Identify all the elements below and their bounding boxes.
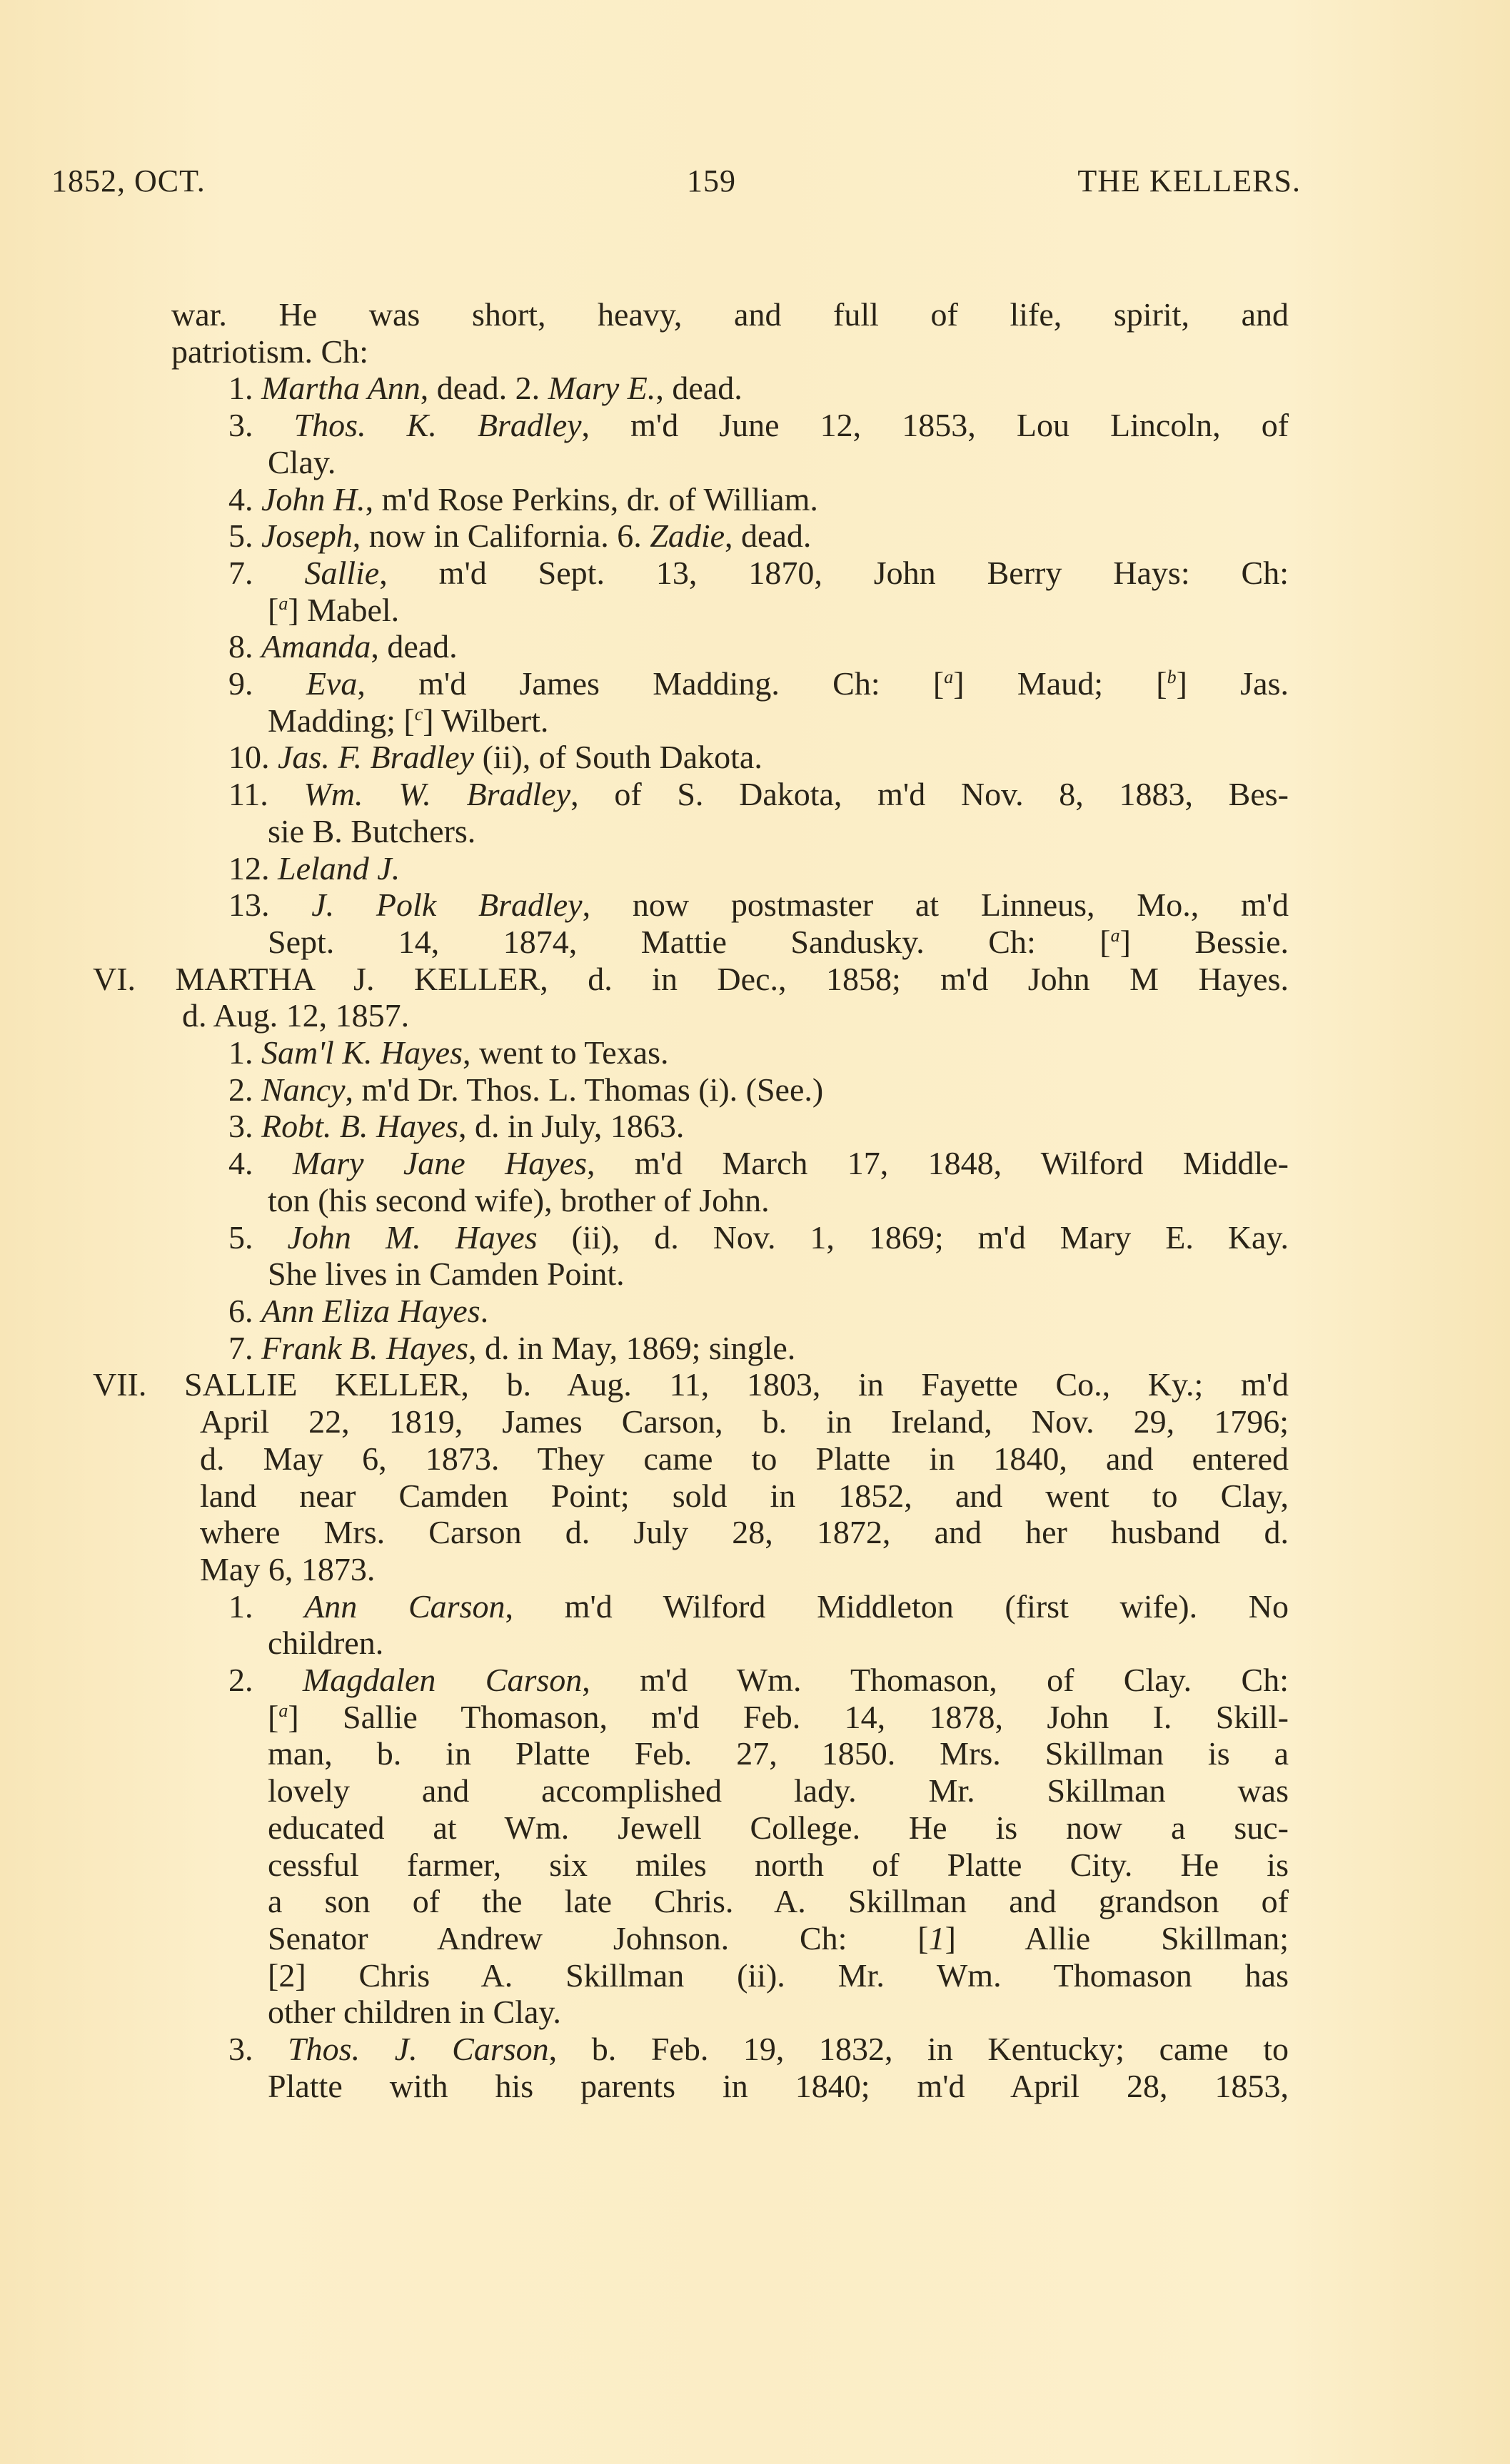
person-name: Martha Ann xyxy=(261,370,421,406)
text-run: (ii), of South Dakota. xyxy=(474,739,762,775)
text-run: , d. in May, 1869; single. xyxy=(468,1330,795,1366)
text-line: [a] Mabel. xyxy=(171,592,1289,629)
text-run: , dead. xyxy=(655,370,742,406)
text-run: educated at Wm. Jewell College. He is no… xyxy=(268,1809,1289,1846)
text-run: 13. xyxy=(228,887,311,923)
person-name: Frank B. Hayes xyxy=(261,1330,468,1366)
text-run: cessful farmer, six miles north of Platt… xyxy=(268,1847,1289,1883)
text-run: (ii), d. Nov. 1, 1869; m'd Mary E. Kay. xyxy=(538,1219,1289,1256)
text-line: 7. Sallie, m'd Sept. 13, 1870, John Berr… xyxy=(171,555,1289,592)
text-line: 2. Magdalen Carson, m'd Wm. Thomason, of… xyxy=(171,1662,1289,1699)
text-run: 10. xyxy=(228,739,278,775)
text-run: , of S. Dakota, m'd Nov. 8, 1883, Bes- xyxy=(570,776,1289,812)
person-name: Sam'l K. Hayes xyxy=(261,1034,463,1071)
text-run: 2. xyxy=(228,1071,261,1108)
text-run: children. xyxy=(268,1625,383,1661)
person-name: John M. Hayes xyxy=(287,1219,537,1256)
text-run: 1. xyxy=(228,370,261,406)
text-run: other children in Clay. xyxy=(268,1994,561,2030)
text-run: , dead. xyxy=(371,628,457,665)
text-run: land near Camden Point; sold in 1852, an… xyxy=(200,1478,1289,1514)
footnote-marker: a xyxy=(278,1700,288,1721)
text-line: 3. Thos. J. Carson, b. Feb. 19, 1832, in… xyxy=(171,2031,1289,2068)
text-run: ton (his second wife), brother of John. xyxy=(268,1182,770,1218)
text-line: 9. Eva, m'd James Madding. Ch: [a] Maud;… xyxy=(171,665,1289,702)
text-line: where Mrs. Carson d. July 28, 1872, and … xyxy=(171,1514,1289,1551)
text-line: [2] Chris A. Skillman (ii). Mr. Wm. Thom… xyxy=(171,1957,1289,1994)
person-name: 1 xyxy=(929,1920,945,1956)
text-run: , m'd March 17, 1848, Wilford Middle- xyxy=(587,1145,1289,1181)
text-line: d. May 6, 1873. They came to Platte in 1… xyxy=(171,1440,1289,1478)
text-run: 3. xyxy=(228,2031,288,2067)
text-line: 3. Robt. B. Hayes, d. in July, 1863. xyxy=(171,1108,1289,1145)
person-name: Magdalen Carson xyxy=(303,1662,582,1698)
text-run: VII. SALLIE KELLER, b. Aug. 11, 1803, in… xyxy=(93,1366,1289,1403)
text-line: 8. Amanda, dead. xyxy=(171,628,1289,665)
text-run: 9. xyxy=(228,665,306,702)
text-run: 8. xyxy=(228,628,261,665)
text-run: May 6, 1873. xyxy=(200,1551,375,1587)
text-run: 11. xyxy=(228,776,303,812)
text-line: 1. Ann Carson, m'd Wilford Middleton (fi… xyxy=(171,1588,1289,1625)
text-run: [2] Chris A. Skillman (ii). Mr. Wm. Thom… xyxy=(268,1957,1289,1994)
text-line: 4. John H., m'd Rose Perkins, dr. of Wil… xyxy=(171,481,1289,518)
text-run: , m'd Rose Perkins, dr. of William. xyxy=(366,481,818,517)
text-run: 1. xyxy=(228,1034,261,1071)
text-line: 11. Wm. W. Bradley, of S. Dakota, m'd No… xyxy=(171,776,1289,813)
text-run: 6. xyxy=(228,1293,261,1329)
text-run: patriotism. Ch: xyxy=(171,333,368,370)
text-line: patriotism. Ch: xyxy=(171,333,1289,370)
text-line: [a] Sallie Thomason, m'd Feb. 14, 1878, … xyxy=(171,1699,1289,1736)
text-run: , m'd June 12, 1853, Lou Lincoln, of xyxy=(582,407,1289,443)
person-name: Mary E. xyxy=(548,370,656,406)
text-line: educated at Wm. Jewell College. He is no… xyxy=(171,1809,1289,1847)
text-run: [ xyxy=(268,1699,278,1735)
text-run: Platte with his parents in 1840; m'd Apr… xyxy=(268,2068,1289,2104)
text-run: , dead. xyxy=(725,517,811,554)
person-name: Nancy xyxy=(261,1071,346,1108)
text-line: children. xyxy=(171,1625,1289,1662)
text-line: Madding; [c] Wilbert. xyxy=(171,702,1289,739)
text-line: 1. Sam'l K. Hayes, went to Texas. xyxy=(171,1034,1289,1071)
person-name: J. Polk Bradley xyxy=(311,887,582,923)
text-run: lovely and accomplished lady. Mr. Skillm… xyxy=(268,1772,1289,1809)
text-run: d. Aug. 12, 1857. xyxy=(182,997,409,1034)
text-line: 12. Leland J. xyxy=(171,850,1289,887)
text-line: ton (his second wife), brother of John. xyxy=(171,1182,1289,1219)
text-line: war. He was short, heavy, and full of li… xyxy=(171,296,1289,333)
text-line: Clay. xyxy=(171,444,1289,481)
person-name: Jas. F. Bradley xyxy=(278,739,474,775)
text-line: 6. Ann Eliza Hayes. xyxy=(171,1293,1289,1330)
text-run: ] Maud; [ xyxy=(953,665,1167,702)
text-run: , m'd Dr. Thos. L. Thomas (i). (See.) xyxy=(346,1071,824,1108)
page-number: 159 xyxy=(687,163,736,199)
text-line: man, b. in Platte Feb. 27, 1850. Mrs. Sk… xyxy=(171,1735,1289,1772)
text-run: ] Wilbert. xyxy=(423,702,548,739)
footnote-marker: c xyxy=(415,704,423,724)
text-line: 5. Joseph, now in California. 6. Zadie, … xyxy=(171,517,1289,555)
text-run: 4. xyxy=(228,481,261,517)
text-run: 5. xyxy=(228,1219,287,1256)
footnote-marker: a xyxy=(278,593,288,614)
text-run: war. He was short, heavy, and full of li… xyxy=(171,296,1289,333)
text-run: 2. xyxy=(228,1662,303,1698)
text-run: April 22, 1819, James Carson, b. in Irel… xyxy=(200,1403,1289,1440)
text-run: . xyxy=(480,1293,489,1329)
text-line: d. Aug. 12, 1857. xyxy=(171,997,1289,1034)
text-run: , m'd James Madding. Ch: [ xyxy=(357,665,944,702)
text-run: 5. xyxy=(228,517,261,554)
text-line: VI. MARTHA J. KELLER, d. in Dec., 1858; … xyxy=(93,961,1289,998)
text-run: ] Mabel. xyxy=(288,592,399,628)
footnote-marker: a xyxy=(944,667,953,687)
text-line: Sept. 14, 1874, Mattie Sandusky. Ch: [a]… xyxy=(171,924,1289,961)
text-run: 7. xyxy=(228,1330,261,1366)
page-body: war. He was short, heavy, and full of li… xyxy=(171,296,1289,2104)
text-line: VII. SALLIE KELLER, b. Aug. 11, 1803, in… xyxy=(93,1366,1289,1403)
text-line: 1. Martha Ann, dead. 2. Mary E., dead. xyxy=(171,370,1289,407)
text-line: a son of the late Chris. A. Skillman and… xyxy=(171,1883,1289,1920)
text-line: 3. Thos. K. Bradley, m'd June 12, 1853, … xyxy=(171,407,1289,444)
text-line: cessful farmer, six miles north of Platt… xyxy=(171,1847,1289,1884)
text-run: man, b. in Platte Feb. 27, 1850. Mrs. Sk… xyxy=(268,1735,1289,1772)
text-line: She lives in Camden Point. xyxy=(171,1256,1289,1293)
text-run: , d. in July, 1863. xyxy=(458,1108,684,1144)
person-name: Ann Eliza Hayes xyxy=(261,1293,480,1329)
text-run: , m'd Sept. 13, 1870, John Berry Hays: C… xyxy=(379,555,1289,591)
text-run: [ xyxy=(268,592,278,628)
text-run: d. May 6, 1873. They came to Platte in 1… xyxy=(200,1440,1289,1477)
text-run: , dead. 2. xyxy=(421,370,548,406)
text-run: a son of the late Chris. A. Skillman and… xyxy=(268,1883,1289,1919)
person-name: Robt. B. Hayes xyxy=(261,1108,458,1144)
footnote-marker: a xyxy=(1111,925,1120,946)
text-line: 7. Frank B. Hayes, d. in May, 1869; sing… xyxy=(171,1330,1289,1367)
text-line: other children in Clay. xyxy=(171,1994,1289,2031)
text-run: 3. xyxy=(228,407,294,443)
text-run: sie B. Butchers. xyxy=(268,813,475,849)
text-line: 2. Nancy, m'd Dr. Thos. L. Thomas (i). (… xyxy=(171,1071,1289,1109)
person-name: Wm. W. Bradley xyxy=(303,776,570,812)
text-run: 12. xyxy=(228,850,278,887)
text-run: VI. MARTHA J. KELLER, d. in Dec., 1858; … xyxy=(93,961,1289,997)
person-name: Thos. K. Bradley xyxy=(294,407,582,443)
person-name: Zadie xyxy=(650,517,725,554)
text-line: 4. Mary Jane Hayes, m'd March 17, 1848, … xyxy=(171,1145,1289,1182)
header-date: 1852, OCT. xyxy=(51,163,206,199)
text-run: , m'd Wilford Middleton (first wife). No xyxy=(505,1588,1289,1625)
header-title: THE KELLERS. xyxy=(1077,163,1301,199)
text-run: ] Sallie Thomason, m'd Feb. 14, 1878, Jo… xyxy=(288,1699,1289,1735)
footnote-marker: b xyxy=(1167,667,1177,687)
text-run: , went to Texas. xyxy=(463,1034,669,1071)
text-run: She lives in Camden Point. xyxy=(268,1256,625,1292)
text-line: lovely and accomplished lady. Mr. Skillm… xyxy=(171,1772,1289,1809)
person-name: Joseph xyxy=(261,517,353,554)
text-run: 3. xyxy=(228,1108,261,1144)
text-run: 7. xyxy=(228,555,304,591)
text-line: Senator Andrew Johnson. Ch: [1] Allie Sk… xyxy=(171,1920,1289,1957)
text-run: 1. xyxy=(228,1588,304,1625)
text-run: Madding; [ xyxy=(268,702,415,739)
text-line: 5. John M. Hayes (ii), d. Nov. 1, 1869; … xyxy=(171,1219,1289,1256)
text-line: May 6, 1873. xyxy=(171,1551,1289,1588)
text-line: sie B. Butchers. xyxy=(171,813,1289,850)
text-run: where Mrs. Carson d. July 28, 1872, and … xyxy=(200,1514,1289,1550)
text-run: , now postmaster at Linneus, Mo., m'd xyxy=(583,887,1289,923)
text-run: , m'd Wm. Thomason, of Clay. Ch: xyxy=(582,1662,1289,1698)
text-run: 4. xyxy=(228,1145,293,1181)
text-run: , b. Feb. 19, 1832, in Kentucky; came to xyxy=(549,2031,1289,2067)
text-line: 13. J. Polk Bradley, now postmaster at L… xyxy=(171,887,1289,924)
person-name: Sallie xyxy=(304,555,379,591)
text-run: Senator Andrew Johnson. Ch: [ xyxy=(268,1920,929,1956)
person-name: Eva xyxy=(306,665,358,702)
text-line: land near Camden Point; sold in 1852, an… xyxy=(171,1478,1289,1515)
text-run: ] Jas. xyxy=(1177,665,1289,702)
text-run: Clay. xyxy=(268,444,336,480)
text-run: ] Bessie. xyxy=(1120,924,1289,960)
text-run: ] Allie Skillman; xyxy=(945,1920,1289,1956)
text-run: Sept. 14, 1874, Mattie Sandusky. Ch: [ xyxy=(268,924,1111,960)
person-name: Thos. J. Carson xyxy=(288,2031,549,2067)
text-line: Platte with his parents in 1840; m'd Apr… xyxy=(171,2068,1289,2105)
person-name: Mary Jane Hayes xyxy=(293,1145,587,1181)
person-name: John H. xyxy=(261,481,366,517)
text-run: , now in California. 6. xyxy=(353,517,650,554)
person-name: Ann Carson xyxy=(304,1588,505,1625)
person-name: Amanda xyxy=(261,628,371,665)
running-header: 1852, OCT. 159 THE KELLERS. xyxy=(51,163,1301,206)
text-line: 10. Jas. F. Bradley (ii), of South Dakot… xyxy=(171,739,1289,776)
person-name: Leland J. xyxy=(278,850,400,887)
text-line: April 22, 1819, James Carson, b. in Irel… xyxy=(171,1403,1289,1440)
